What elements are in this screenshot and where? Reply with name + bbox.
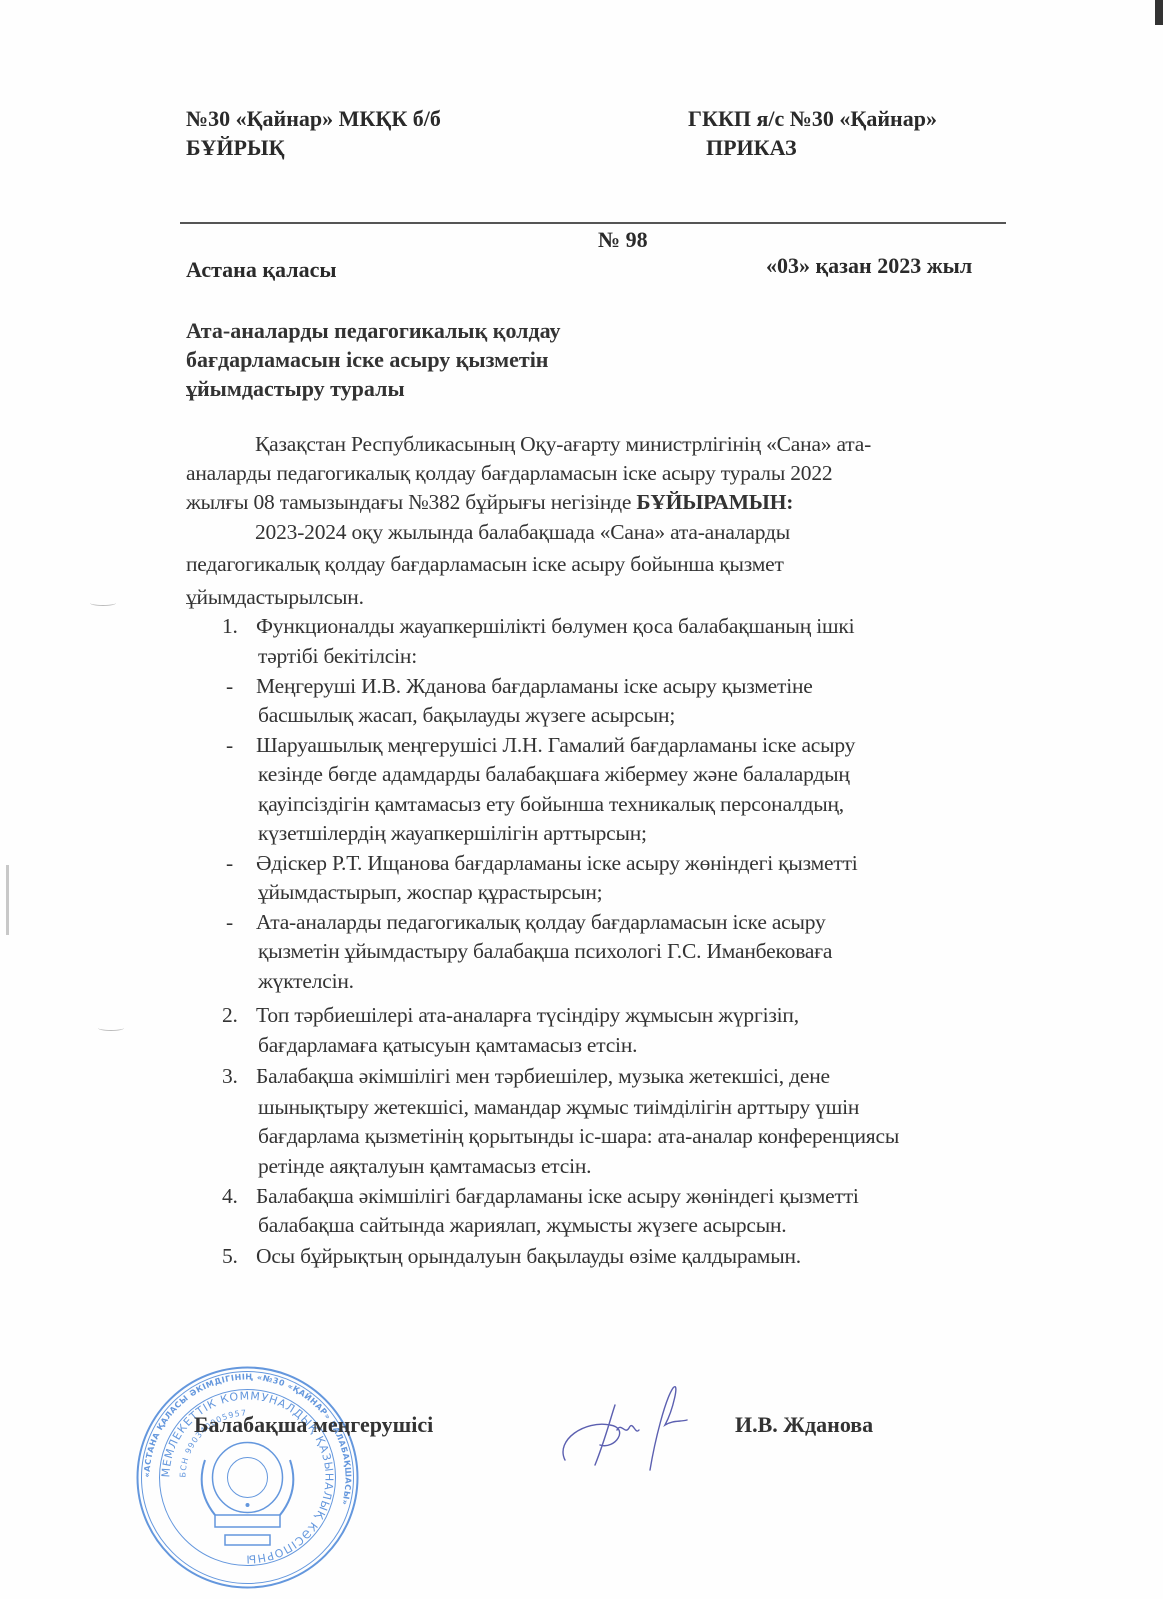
item-text: Ата-аналарды педагогикалық қолдау бағдар…: [256, 908, 826, 937]
header-left-org: №30 «Қайнар» МКҚК б/б БҰЙРЫҚ: [186, 104, 441, 162]
item-dash: -: [226, 731, 233, 760]
item-text: Шаруашылық меңгерушісі Л.Н. Гамалий бағд…: [256, 731, 855, 760]
item-number: 1.: [222, 612, 238, 641]
header-divider: [180, 222, 1006, 224]
item-text: Функционалды жауапкершілікті бөлумен қос…: [256, 612, 854, 641]
item-text: Осы бұйрықтың орындалуын бақылауды өзіме…: [256, 1242, 801, 1271]
item-number: 3.: [222, 1062, 238, 1091]
item-text: Балабақша әкімшілігі бағдарламаны іске а…: [256, 1182, 859, 1211]
title-line: бағдарламасын іске асыру қызметін: [186, 345, 561, 374]
item-text: қауіпсіздігін қамтамасыз ету бойынша тех…: [258, 790, 844, 819]
item-text: басшылық жасап, бақылауды жүзеге асырсын…: [258, 701, 675, 730]
handwritten-signature-icon: [555, 1380, 695, 1475]
header-right-org: ГККП я/с №30 «Қайнар» ПРИКАЗ: [688, 104, 937, 162]
order-city: Астана қаласы: [186, 255, 337, 284]
scan-speck: [6, 865, 9, 935]
item-text: Балабақша әкімшілігі мен тәрбиешілер, му…: [256, 1062, 830, 1091]
item-text: ретінде аяқталуын қамтамасыз етсін.: [258, 1152, 591, 1181]
signatory-name: И.В. Жданова: [735, 1410, 873, 1439]
decree-keyword: БҰЙЫРАМЫН:: [636, 490, 793, 514]
title-line: ұйымдастыру туралы: [186, 374, 561, 403]
preamble-line: 2023-2024 оқу жылында балабақшада «Сана»…: [255, 518, 790, 547]
official-stamp-icon: «АСТАНА ҚАЛАСЫ ӘКІМДІГІНІҢ «№30 «ҚАЙНАР»…: [135, 1365, 360, 1590]
title-line: Ата-аналарды педагогикалық қолдау: [186, 316, 561, 345]
order-number: № 98: [598, 225, 648, 254]
item-text: ұйымдастырып, жоспар құрастырсын;: [258, 878, 602, 907]
item-text: жүктелсін.: [258, 967, 354, 996]
preamble-line: жылғы 08 тамызындағы №382 бұйрығы негізі…: [186, 488, 793, 517]
preamble-text: жылғы 08 тамызындағы №382 бұйрығы негізі…: [186, 490, 636, 514]
scan-speck: [90, 600, 116, 606]
preamble-line: Қазақстан Республикасының Оқу-ағарту мин…: [255, 430, 871, 459]
item-text: тәртібі бекітілсін:: [258, 642, 417, 671]
item-dash: -: [226, 849, 233, 878]
item-text: балабақша сайтында жариялап, жұмысты жүз…: [258, 1211, 786, 1240]
item-text: кезінде бөгде адамдарды балабақшаға жібе…: [258, 760, 850, 789]
item-text: бағдарламаға қатысуын қамтамасыз етсін.: [258, 1031, 637, 1060]
item-number: 2.: [222, 1001, 238, 1030]
item-text: Әдіскер Р.Т. Ищанова бағдарламаны іске а…: [256, 849, 858, 878]
preamble-line: ұйымдастырылсын.: [186, 583, 364, 612]
item-dash: -: [226, 672, 233, 701]
item-number: 4.: [222, 1182, 238, 1211]
order-date: «03» қазан 2023 жыл: [766, 251, 972, 280]
signature-position: Балабақша меңгерушісі: [194, 1410, 433, 1439]
scan-edge-mark: [1155, 0, 1163, 25]
scan-speck: [98, 1025, 124, 1031]
item-text: қызметін ұйымдастыру балабақша психологі…: [258, 937, 832, 966]
item-text: Меңгеруші И.В. Жданова бағдарламаны іске…: [256, 672, 813, 701]
item-text: бағдарлама қызметінің қорытынды іс-шара:…: [258, 1122, 899, 1151]
item-number: 5.: [222, 1242, 238, 1271]
preamble-line: педагогикалық қолдау бағдарламасын іске …: [186, 550, 784, 579]
header-right-line1: ГККП я/с №30 «Қайнар»: [688, 104, 937, 133]
header-left-line1: №30 «Қайнар» МКҚК б/б: [186, 104, 441, 133]
order-title: Ата-аналарды педагогикалық қолдау бағдар…: [186, 316, 561, 403]
item-text: күзетшілердің жауапкершілігін арттырсын;: [258, 819, 647, 848]
header-left-line2: БҰЙРЫҚ: [186, 133, 441, 162]
preamble-line: аналарды педагогикалық қолдау бағдарлама…: [186, 459, 832, 488]
item-dash: -: [226, 908, 233, 937]
item-text: Топ тәрбиешілері ата-аналарға түсіндіру …: [256, 1001, 799, 1030]
item-text: шынықтыру жетекшісі, мамандар жұмыс тиім…: [258, 1093, 859, 1122]
header-right-line2: ПРИКАЗ: [688, 133, 937, 162]
